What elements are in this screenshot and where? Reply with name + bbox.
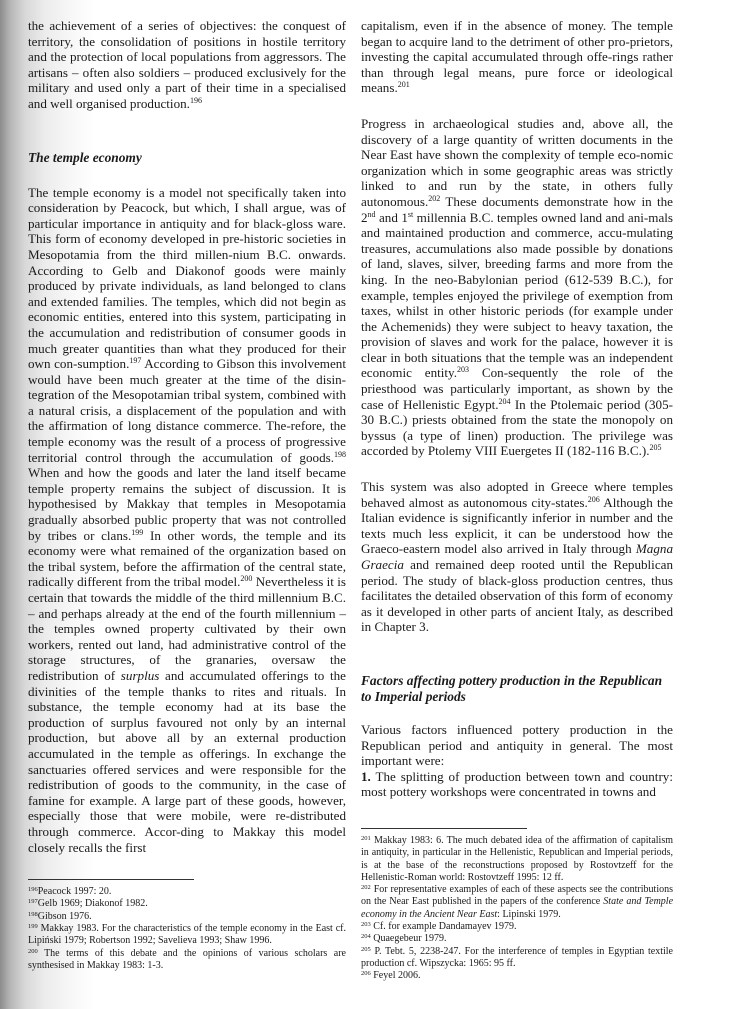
- paragraph-factors: Various factors influenced pottery produ…: [361, 722, 673, 769]
- footnote-197: 197Gelb 1969; Diakonof 1982.: [28, 898, 346, 910]
- paragraph-temple-economy: The temple economy is a model not specif…: [28, 185, 346, 856]
- paragraph-intro: the achievement of a series of objective…: [28, 18, 346, 112]
- paragraph-progress: Progress in archaeological studies and, …: [361, 116, 673, 459]
- footnote-ref-201: 201: [398, 80, 410, 89]
- book-page: the achievement of a series of objective…: [0, 0, 748, 1009]
- footnote-ref-205: 205: [649, 443, 661, 452]
- footnote-ref-198: 198: [334, 450, 346, 459]
- section-heading-factors: Factors affecting pottery production in …: [361, 673, 673, 705]
- footnote-ref-206: 206: [588, 495, 600, 504]
- footnote-196: 196Peacock 1997: 20.: [28, 886, 346, 898]
- footnote-202: 202 For representative examples of each …: [361, 884, 673, 921]
- footnote-ref-203: 203: [457, 365, 469, 374]
- footnote-ref-196: 196: [190, 96, 202, 105]
- footnote-204: 204 Quaegebeur 1979.: [361, 933, 673, 945]
- footnote-198: 198Gibson 1976.: [28, 911, 346, 923]
- footnote-ref-202: 202: [428, 194, 440, 203]
- footnote-divider: [361, 828, 527, 829]
- footnote-200: 200 The terms of this debate and the opi…: [28, 948, 346, 973]
- footnote-ref-200: 200: [240, 574, 252, 583]
- section-heading-temple-economy: The temple economy: [28, 150, 346, 166]
- footnotes-right: 201 Makkay 1983: 6. The much debated ide…: [361, 835, 673, 983]
- paragraph-capitalism: capitalism, even if in the absence of mo…: [361, 18, 673, 96]
- footnote-ref-197: 197: [129, 356, 141, 365]
- left-column: the achievement of a series of objective…: [28, 0, 346, 972]
- footnote-201: 201 Makkay 1983: 6. The much debated ide…: [361, 835, 673, 884]
- footnote-199: 199 Makkay 1983. For the characteristics…: [28, 923, 346, 948]
- footnote-203: 203 Cf. for example Dandamayev 1979.: [361, 921, 673, 933]
- footnote-divider: [28, 879, 194, 880]
- footnote-206: 206 Feyel 2006.: [361, 970, 673, 982]
- paragraph-greece: This system was also adopted in Greece w…: [361, 479, 673, 635]
- footnote-ref-204: 204: [499, 397, 511, 406]
- list-item-1: 1. The splitting of production between t…: [361, 769, 673, 800]
- footnote-ref-199: 199: [131, 528, 143, 537]
- right-column: capitalism, even if in the absence of mo…: [361, 0, 673, 983]
- footnotes-left: 196Peacock 1997: 20. 197Gelb 1969; Diako…: [28, 886, 346, 972]
- footnote-205: 205 P. Tebt. 5, 2238-247. For the interf…: [361, 946, 673, 971]
